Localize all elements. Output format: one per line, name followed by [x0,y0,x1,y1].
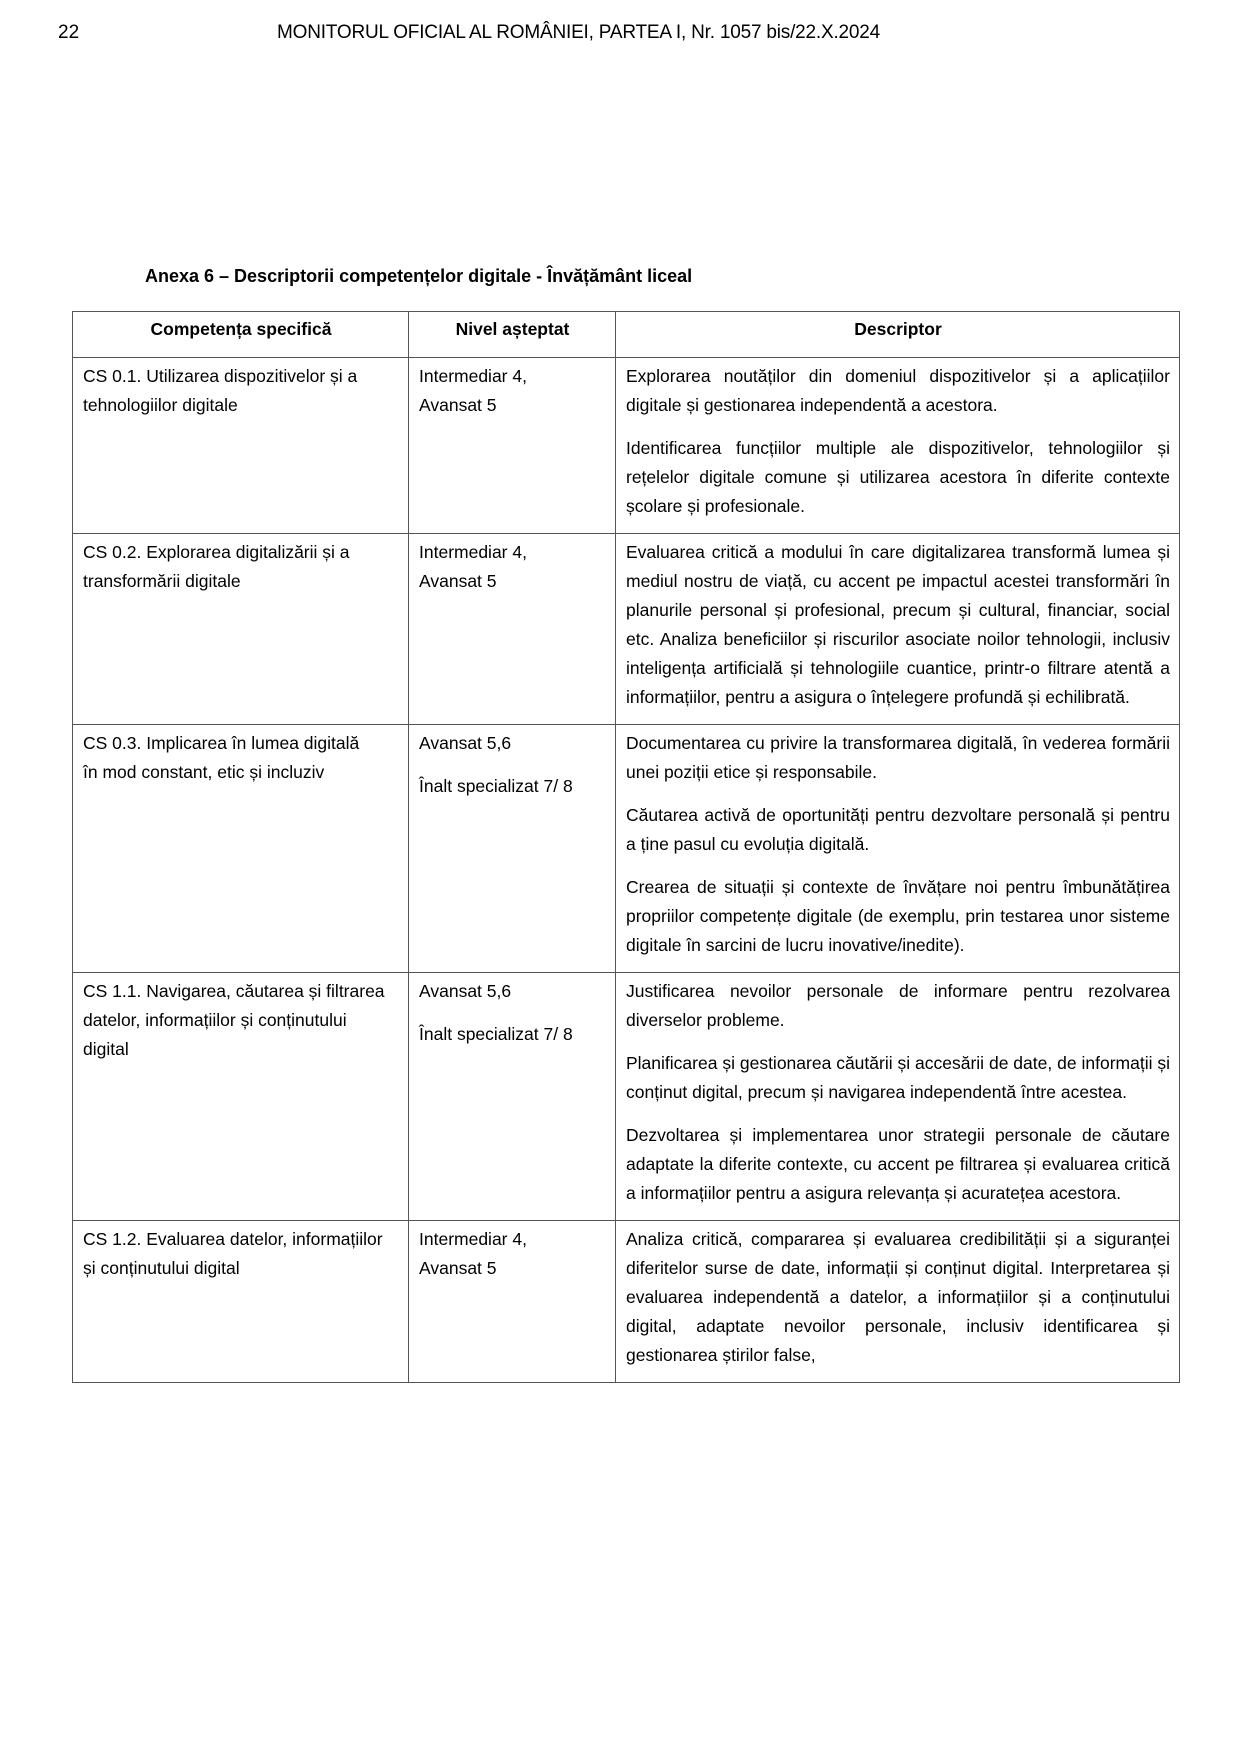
level-text: Avansat 5,6 [419,977,606,1006]
competence-cell: CS 0.2. Explorarea digitalizării și a tr… [73,534,409,725]
table-row: CS 1.2. Evaluarea datelor, informațiilor… [73,1221,1180,1383]
competence-cell: CS 0.1. Utilizarea dispozitivelor și a t… [73,358,409,534]
table-row: CS 0.2. Explorarea digitalizării și a tr… [73,534,1180,725]
descriptor-cell: Evaluarea critică a modului în care digi… [616,534,1180,725]
descriptor-cell: Analiza critică, compararea și evaluarea… [616,1221,1180,1383]
descriptor-paragraph: Evaluarea critică a modului în care digi… [626,538,1170,712]
level-text: Înalt specializat 7/ 8 [419,1020,606,1049]
level-text: Intermediar 4, Avansat 5 [419,1225,569,1283]
level-cell: Intermediar 4, Avansat 5 [409,358,616,534]
descriptor-cell: Documentarea cu privire la transformarea… [616,725,1180,973]
level-cell: Avansat 5,6 Înalt specializat 7/ 8 [409,973,616,1221]
table-row: CS 0.1. Utilizarea dispozitivelor și a t… [73,358,1180,534]
publication-title: MONITORUL OFICIAL AL ROMÂNIEI, PARTEA I,… [277,22,880,44]
level-cell: Avansat 5,6 Înalt specializat 7/ 8 [409,725,616,973]
competence-cell: CS 0.3. Implicarea în lumea digitală în … [73,725,409,973]
level-text: Intermediar 4, Avansat 5 [419,362,569,420]
column-header-competence: Competența specifică [73,312,409,358]
descriptor-paragraph: Dezvoltarea și implementarea unor strate… [626,1121,1170,1208]
column-header-descriptor: Descriptor [616,312,1180,358]
level-text: Avansat 5,6 [419,729,606,758]
descriptors-table: Competența specifică Nivel așteptat Desc… [72,311,1180,1383]
page-number: 22 [58,22,79,44]
descriptor-paragraph: Planificarea și gestionarea căutării și … [626,1049,1170,1107]
level-cell: Intermediar 4, Avansat 5 [409,1221,616,1383]
descriptor-paragraph: Căutarea activă de oportunități pentru d… [626,801,1170,859]
descriptor-paragraph: Crearea de situații și contexte de învăț… [626,873,1170,960]
level-text: Intermediar 4, Avansat 5 [419,538,569,596]
table-row: CS 1.1. Navigarea, căutarea și filtrarea… [73,973,1180,1221]
descriptor-paragraph: Identificarea funcțiilor multiple ale di… [626,434,1170,521]
descriptor-paragraph: Justificarea nevoilor personale de infor… [626,977,1170,1035]
page-header: 22 MONITORUL OFICIAL AL ROMÂNIEI, PARTEA… [0,22,1240,52]
descriptor-cell: Explorarea noutăților din domeniul dispo… [616,358,1180,534]
competence-cell: CS 1.1. Navigarea, căutarea și filtrarea… [73,973,409,1221]
competence-cell: CS 1.2. Evaluarea datelor, informațiilor… [73,1221,409,1383]
table-header-row: Competența specifică Nivel așteptat Desc… [73,312,1180,358]
annex-title: Anexa 6 – Descriptorii competențelor dig… [145,266,692,287]
descriptor-paragraph: Analiza critică, compararea și evaluarea… [626,1225,1170,1370]
table-row: CS 0.3. Implicarea în lumea digitală în … [73,725,1180,973]
descriptor-cell: Justificarea nevoilor personale de infor… [616,973,1180,1221]
descriptor-paragraph: Explorarea noutăților din domeniul dispo… [626,362,1170,420]
level-text: Înalt specializat 7/ 8 [419,772,606,801]
descriptor-paragraph: Documentarea cu privire la transformarea… [626,729,1170,787]
column-header-level: Nivel așteptat [409,312,616,358]
level-cell: Intermediar 4, Avansat 5 [409,534,616,725]
